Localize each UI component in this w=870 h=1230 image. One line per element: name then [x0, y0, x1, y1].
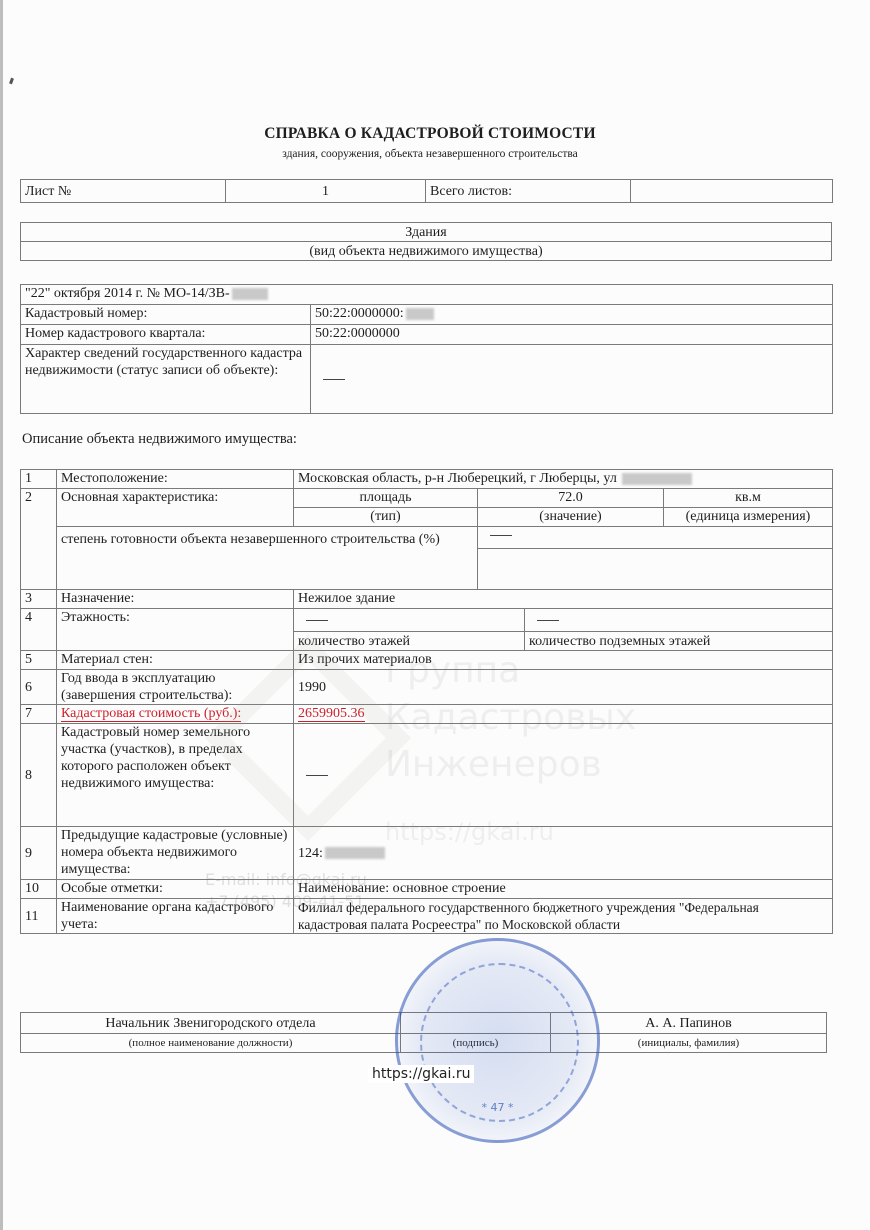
certificate-date-text: "22" октября 2014 г. № МО-14/ЗВ-	[25, 286, 230, 301]
redacted-block	[232, 288, 268, 300]
unit-caption: (единица измерения)	[664, 508, 833, 527]
row-number: 11	[21, 899, 57, 934]
readiness-value	[478, 527, 833, 549]
official-position: Начальник Звенигородского отдела	[21, 1013, 401, 1034]
total-sheets-label: Всего листов:	[426, 180, 631, 203]
sheet-label: Лист №	[21, 180, 226, 203]
document-header: СПРАВКА О КАДАСТРОВОЙ СТОИМОСТИ здания, …	[0, 125, 860, 160]
floors-label: Этажность:	[57, 609, 294, 651]
row-number: 6	[21, 670, 57, 705]
dash-mark	[306, 620, 328, 621]
description-heading: Описание объекта недвижимого имущества:	[22, 431, 297, 448]
cadastral-value-label-text: Кадастровая стоимость (руб.):	[61, 706, 241, 722]
quarter-number-label: Номер кадастрового квартала:	[21, 325, 311, 345]
quarter-number-value: 50:22:0000000	[311, 325, 833, 345]
record-status-value	[311, 345, 833, 414]
location-text: Московская область, р-н Люберецкий, г Лю…	[298, 471, 617, 486]
dash-mark	[537, 620, 559, 621]
cadastral-number-label: Кадастровый номер:	[21, 305, 311, 325]
row-number: 9	[21, 827, 57, 880]
table-row: 1 Местоположение: Московская область, р-…	[21, 470, 833, 489]
readiness-empty	[478, 549, 833, 590]
characteristic-type: площадь	[294, 489, 478, 508]
document-title: СПРАВКА О КАДАСТРОВОЙ СТОИМОСТИ	[0, 125, 860, 143]
location-value: Московская область, р-н Люберецкий, г Лю…	[294, 470, 833, 489]
position-caption: (полное наименование должности)	[21, 1034, 401, 1053]
seal-inner-ring	[420, 963, 579, 1122]
underground-floors-value	[525, 609, 833, 632]
dash-mark	[490, 535, 512, 536]
table-row: 3 Назначение: Нежилое здание	[21, 590, 833, 609]
redacted-block	[406, 308, 434, 320]
table-row: 10 Особые отметки: Наименование: основно…	[21, 880, 833, 899]
certificate-date-number: "22" октября 2014 г. № МО-14/ЗВ-	[21, 285, 833, 305]
page-edge	[0, 0, 3, 1230]
registration-body-value: Филиал федерального государственного бюд…	[294, 899, 833, 934]
previous-numbers-text: 124:	[298, 846, 323, 861]
redacted-block	[622, 473, 692, 485]
total-sheets-value	[631, 180, 833, 203]
readiness-label: степень готовности объекта незавершенног…	[57, 527, 478, 590]
sheet-number: 1	[226, 180, 426, 203]
table-row: 7 Кадастровая стоимость (руб.): 2659905.…	[21, 705, 833, 724]
type-caption: (тип)	[294, 508, 478, 527]
footer-link[interactable]: https://gkai.ru	[368, 1065, 474, 1083]
document-subtitle: здания, сооружения, объекта незавершенно…	[0, 148, 860, 160]
value-caption: (значение)	[478, 508, 664, 527]
previous-numbers-label: Предыдущие кадастровые (условные) номера…	[57, 827, 294, 880]
commissioning-year-value: 1990	[294, 670, 833, 705]
wall-material-value: Из прочих материалов	[294, 651, 833, 670]
row-number: 4	[21, 609, 57, 651]
row-number: 7	[21, 705, 57, 724]
row-number: 5	[21, 651, 57, 670]
location-label: Местоположение:	[57, 470, 294, 489]
table-row: степень готовности объекта незавершенног…	[21, 527, 833, 549]
official-seal-icon: * 47 *	[395, 938, 600, 1143]
sheet-table: Лист № 1 Всего листов:	[20, 179, 833, 203]
purpose-value: Нежилое здание	[294, 590, 833, 609]
record-status-label: Характер сведений государственного кадас…	[21, 345, 311, 414]
registration-body-label: Наименование органа кадастрового учета:	[57, 899, 294, 934]
special-notes-value: Наименование: основное строение	[294, 880, 833, 899]
floors-value	[294, 609, 525, 632]
floors-caption: количество этажей	[294, 632, 525, 651]
row-number: 10	[21, 880, 57, 899]
characteristic-value: 72.0	[478, 489, 664, 508]
row-number: 8	[21, 724, 57, 827]
seal-number: * 47 *	[398, 1101, 597, 1114]
description-table: 1 Местоположение: Московская область, р-…	[20, 469, 833, 934]
wall-material-label: Материал стен:	[57, 651, 294, 670]
cadastral-number-text: 50:22:0000000:	[315, 306, 404, 321]
special-notes-label: Особые отметки:	[57, 880, 294, 899]
cadastral-number-value: 50:22:0000000:	[311, 305, 833, 325]
object-type-value: Здания	[21, 223, 832, 242]
redacted-block	[325, 847, 385, 859]
row-number: 3	[21, 590, 57, 609]
previous-numbers-value: 124:	[294, 827, 833, 880]
row-number: 1	[21, 470, 57, 489]
table-row: 4 Этажность:	[21, 609, 833, 632]
table-row: 2 Основная характеристика: площадь 72.0 …	[21, 489, 833, 508]
dash-mark	[323, 379, 345, 380]
characteristic-unit: кв.м	[664, 489, 833, 508]
table-row: 5 Материал стен: Из прочих материалов	[21, 651, 833, 670]
object-type-table: Здания (вид объекта недвижимого имуществ…	[20, 222, 832, 261]
object-type-caption: (вид объекта недвижимого имущества)	[21, 242, 832, 261]
row-number: 2	[21, 489, 57, 590]
purpose-label: Назначение:	[57, 590, 294, 609]
identification-table: "22" октября 2014 г. № МО-14/ЗВ- Кадастр…	[20, 284, 833, 414]
main-characteristic-label: Основная характеристика:	[57, 489, 294, 527]
table-row: 9 Предыдущие кадастровые (условные) номе…	[21, 827, 833, 880]
table-row: 11 Наименование органа кадастрового учет…	[21, 899, 833, 934]
underground-floors-caption: количество подземных этажей	[525, 632, 833, 651]
table-row: 6 Год ввода в эксплуатацию (завершения с…	[21, 670, 833, 705]
scan-speck	[9, 78, 14, 85]
table-row: 8 Кадастровый номер земельного участка (…	[21, 724, 833, 827]
